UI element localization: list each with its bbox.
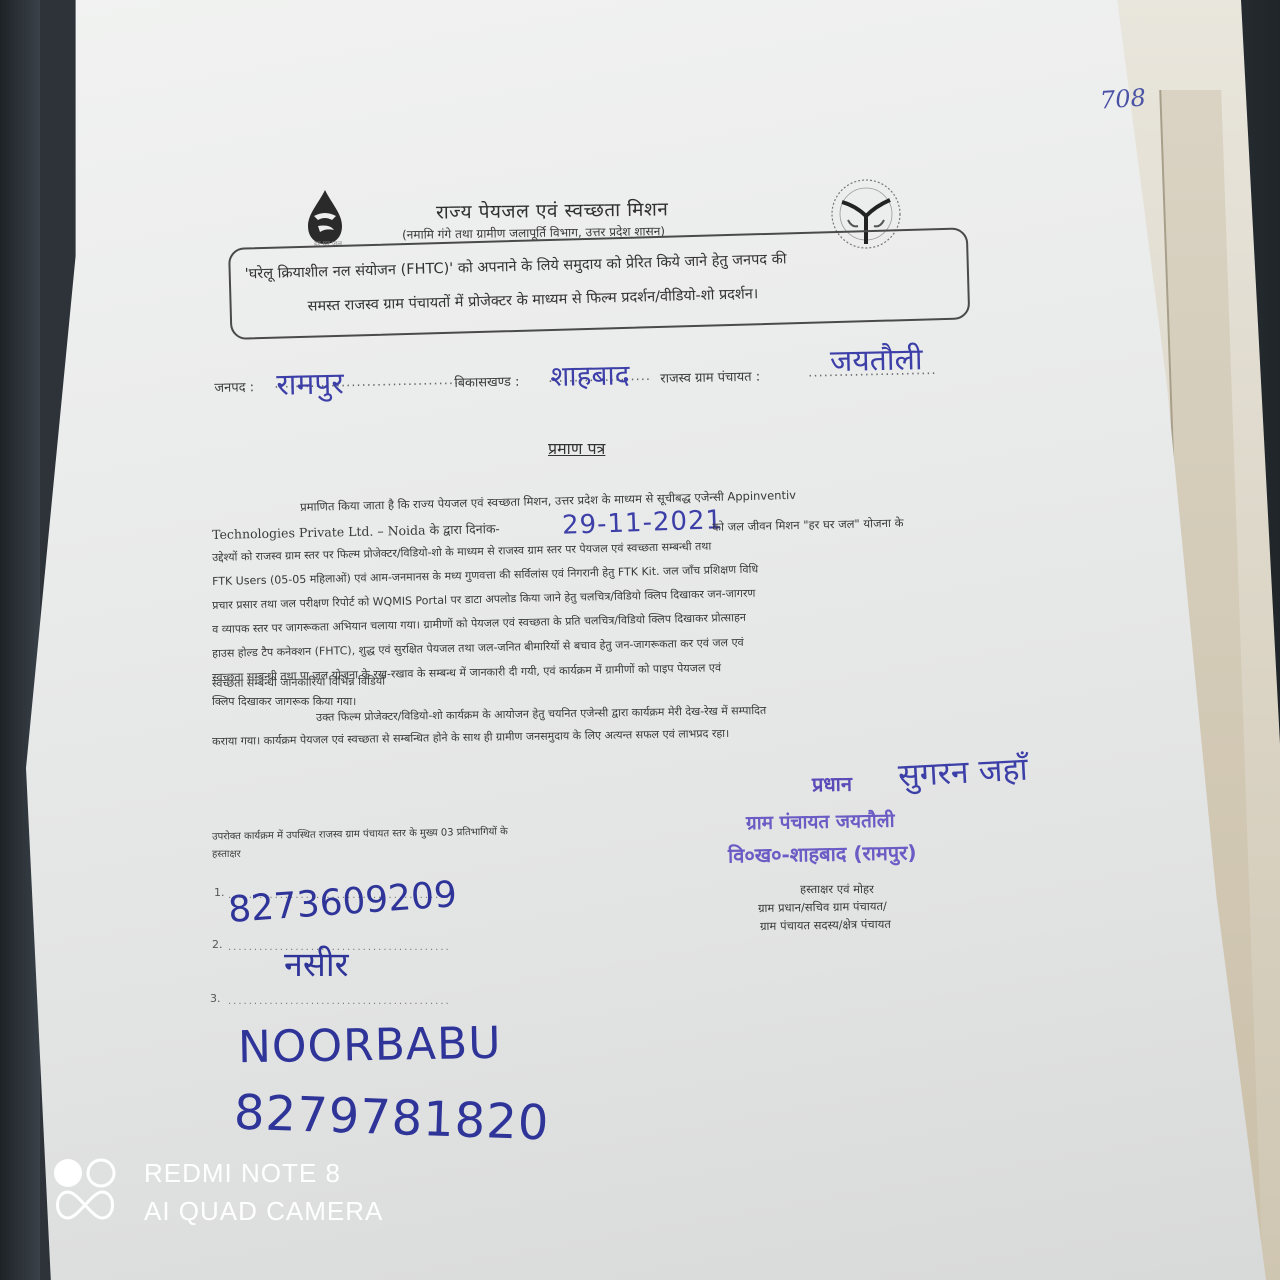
- para-line: हाउस होल्ड टैप कनेक्शन (FHTC), शुद्ध एवं…: [212, 635, 744, 661]
- district-label: जनपद :: [214, 377, 254, 396]
- signature-label: हस्ताक्षर एवं मोहर: [800, 882, 874, 897]
- scheme-banner: 'घरेलू क्रियाशील नल संयोजन (FHTC)' को अप…: [228, 227, 970, 340]
- stamp-block: वि०ख०-शाहबाद (रामपुर): [728, 838, 917, 868]
- block-value: शाहबाद: [550, 355, 630, 395]
- location-fields: जनपद : .................................…: [214, 352, 975, 408]
- date-value: 29-11-2021: [562, 505, 724, 541]
- attendee-entry: NOORBABU: [238, 1018, 502, 1074]
- watermark-device: REDMI NOTE 8: [144, 1158, 341, 1189]
- banner-line: 'घरेलू क्रियाशील नल संयोजन (FHTC)' को अप…: [244, 248, 786, 283]
- para-line: FTK Users (05-05 महिलाओं) एवं आम-जनमानस …: [212, 562, 758, 589]
- pradhan-signature: सुगरन जहाँ: [897, 747, 1029, 797]
- para-line: उक्त फिल्म प्रोजेक्टर/विडियो-शो कार्यक्र…: [316, 703, 766, 725]
- para-line: Technologies Private Ltd. – Noida के द्व…: [212, 520, 500, 543]
- block-label: विकासखण्ड :: [454, 372, 519, 391]
- attendees-label: हस्ताक्षर: [212, 846, 241, 860]
- banner-line: समस्त राजस्व ग्राम पंचायतों में प्रोजेक्…: [307, 283, 758, 316]
- attendee-entry: 8273609209: [227, 874, 458, 931]
- panchayat-label: राजस्व ग्राम पंचायत :: [660, 367, 760, 387]
- page-title: राज्य पेयजल एवं स्वच्छता मिशन: [436, 195, 669, 224]
- attendee-dots: ........................................…: [228, 996, 451, 1007]
- signature-role: ग्राम प्रधान/सचिव ग्राम पंचायत/: [758, 899, 887, 916]
- para-line: क्लिप दिखाकर जागरूक किया गया।: [212, 694, 356, 709]
- attendee-phone: 8279781820: [233, 1085, 550, 1152]
- para-line: कराया गया। कार्यक्रम पेयजल एवं स्वच्छता …: [212, 726, 729, 749]
- attendee-number: 3.: [210, 992, 221, 1005]
- quad-camera-icon: [52, 1156, 118, 1222]
- signature-role: ग्राम पंचायत सदस्य/क्षेत्र पंचायत: [760, 917, 891, 934]
- attendee-number: 1.: [214, 886, 225, 899]
- para-line: उद्देश्यों को राजस्व ग्राम स्तर पर फिल्म…: [212, 539, 711, 565]
- district-value: रामपुर: [276, 361, 344, 403]
- para-line: को जल जीवन मिशन "हर घर जल" योजना के: [712, 516, 904, 535]
- stamp-panchayat: ग्राम पंचायत जयतौली: [746, 807, 895, 836]
- panchayat-value: जयतौली: [830, 337, 923, 380]
- para-line: स्वच्छता सम्बन्धी जानकारियां विभिन्न विड…: [212, 674, 385, 691]
- para-line: व व्यापक स्तर पर जागरूकता अभियान चलाया ग…: [212, 610, 746, 637]
- watermark-camera: AI QUAD CAMERA: [144, 1196, 383, 1227]
- attendees-label: उपरोक्त कार्यक्रम में उपस्थित राजस्व ग्र…: [212, 823, 508, 842]
- certificate-document: हर घर जल राज्य पेयजल एवं स्वच्छता मिशन (…: [0, 0, 1280, 1280]
- certificate-title: प्रमाण पत्र: [548, 437, 605, 459]
- para-line: प्रचार प्रसार तथा जल परीक्षण रिपोर्ट को …: [212, 586, 755, 613]
- attendee-number: 2.: [212, 938, 223, 951]
- attendee-entry: नसीर: [284, 940, 349, 986]
- pradhan-stamp: प्रधान: [812, 770, 852, 798]
